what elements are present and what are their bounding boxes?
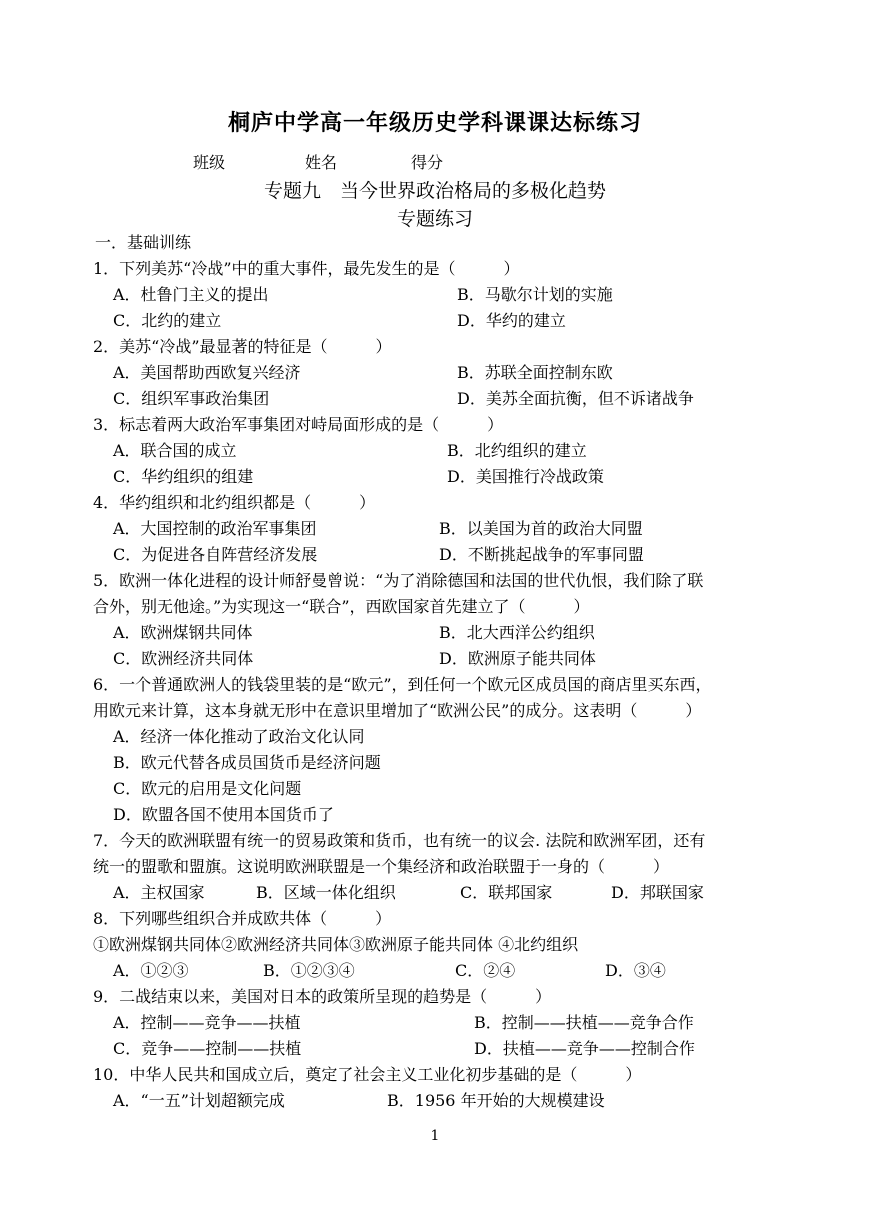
question-stem: 1．下列美苏“冷战”中的重大事件，最先发生的是（ ）	[93, 258, 520, 280]
option-c: C．竞争——控制——扶植	[113, 1038, 301, 1060]
option-d: D．不断挑起战争的军事同盟	[439, 544, 644, 566]
question-stem-cont: 用欧元来计算，这本身就无形中在意识里增加了“欧洲公民”的成分。这表明（ ）	[93, 700, 701, 722]
class-label: 班级	[193, 150, 225, 173]
option-d: D．美国推行冷战政策	[447, 466, 604, 488]
option-d: D．邦联国家	[611, 882, 704, 904]
document-title: 桐庐中学高一年级历史学科课课达标练习	[0, 106, 870, 137]
option-b: B．1956 年开始的大规模建设	[387, 1090, 605, 1112]
document-page: 桐庐中学高一年级历史学科课课达标练习 班级 姓名 得分 专题九 当今世界政治格局…	[0, 0, 870, 1229]
option-a: A．美国帮助西欧复兴经济	[113, 362, 301, 384]
option-c: C．为促进各自阵营经济发展	[113, 544, 317, 566]
question-stem-cont: 统一的盟歌和盟旗。这说明欧洲联盟是一个集经济和政治联盟于一身的（ ）	[93, 856, 669, 878]
question-stem: 4．华约组织和北约组织都是（ ）	[93, 492, 375, 514]
name-label: 姓名	[305, 150, 337, 173]
option-a: A．控制——竞争——扶植	[113, 1012, 301, 1034]
option-c: C．北约的建立	[113, 310, 221, 332]
score-label: 得分	[411, 150, 443, 173]
option-a: A．主权国家	[113, 882, 205, 904]
option-a: A．①②③	[113, 960, 189, 982]
option-a: A．杜鲁门主义的提出	[113, 284, 269, 306]
option-b: B．①②③④	[263, 960, 355, 982]
question-stem-cont: 合外，别无他途。”为实现这一“联合”，西欧国家首先建立了（ ）	[93, 596, 590, 618]
section-heading: 一．基础训练	[95, 232, 191, 254]
question-stem: 8．下列哪些组织合并成欧共体（ ）	[93, 908, 391, 930]
option-b: B．北大西洋公约组织	[439, 622, 595, 644]
question-stem: 5．欧洲一体化进程的设计师舒曼曾说：“为了消除德国和法国的世代仇恨，我们除了联	[93, 570, 703, 592]
option-d: D．③④	[605, 960, 666, 982]
option-c: C．华约组织的组建	[113, 466, 253, 488]
option-a: A．“一五”计划超额完成	[113, 1090, 285, 1112]
option-b: B．控制——扶植——竞争合作	[474, 1012, 694, 1034]
option-b: B．欧元代替各成员国货币是经济问题	[113, 752, 381, 774]
question-stem: 7．今天的欧洲联盟有统一的贸易政策和货币，也有统一的议会. 法院和欧洲军团，还有	[93, 830, 705, 852]
option-a: A．欧洲煤钢共同体	[113, 622, 253, 644]
option-d: D．华约的建立	[457, 310, 566, 332]
page-number: 1	[0, 1128, 870, 1144]
option-b: B．区域一体化组织	[256, 882, 396, 904]
option-d: D．欧盟各国不使用本国货币了	[113, 804, 334, 826]
question-stem: 10．中华人民共和国成立后，奠定了社会主义工业化初步基础的是（ ）	[93, 1064, 641, 1086]
question-stem: 6．一个普通欧洲人的钱袋里装的是“欧元”，到任何一个欧元区成员国的商店里买东西，	[93, 674, 712, 696]
question-stem: 2．美苏“冷战”最显著的特征是（ ）	[93, 336, 392, 358]
option-b: B．北约组织的建立	[447, 440, 587, 462]
option-c: C．欧元的启用是文化问题	[113, 778, 301, 800]
question-items: ①欧洲煤钢共同体②欧洲经济共同体③欧洲原子能共同体 ④北约组织	[93, 934, 578, 956]
option-c: C．欧洲经济共同体	[113, 648, 253, 670]
option-c: C．②④	[455, 960, 515, 982]
option-a: A．大国控制的政治军事集团	[113, 518, 317, 540]
topic-heading: 专题九 当今世界政治格局的多极化趋势	[0, 176, 870, 203]
option-b: B．马歇尔计划的实施	[457, 284, 613, 306]
option-c: C．组织军事政治集团	[113, 388, 269, 410]
option-d: D．美苏全面抗衡，但不诉诸战争	[457, 388, 694, 410]
option-b: B．苏联全面控制东欧	[457, 362, 613, 384]
option-d: D．扶植——竞争——控制合作	[474, 1038, 695, 1060]
question-stem: 9．二战结束以来，美国对日本的政策所呈现的趋势是（ ）	[93, 986, 551, 1008]
option-c: C．联邦国家	[460, 882, 552, 904]
option-b: B．以美国为首的政治大同盟	[439, 518, 643, 540]
option-d: D．欧洲原子能共同体	[439, 648, 596, 670]
option-a: A．联合国的成立	[113, 440, 237, 462]
option-a: A．经济一体化推动了政治文化认同	[113, 726, 365, 748]
question-stem: 3．标志着两大政治军事集团对峙局面形成的是（ ）	[93, 414, 503, 436]
subtopic-heading: 专题练习	[0, 204, 870, 231]
